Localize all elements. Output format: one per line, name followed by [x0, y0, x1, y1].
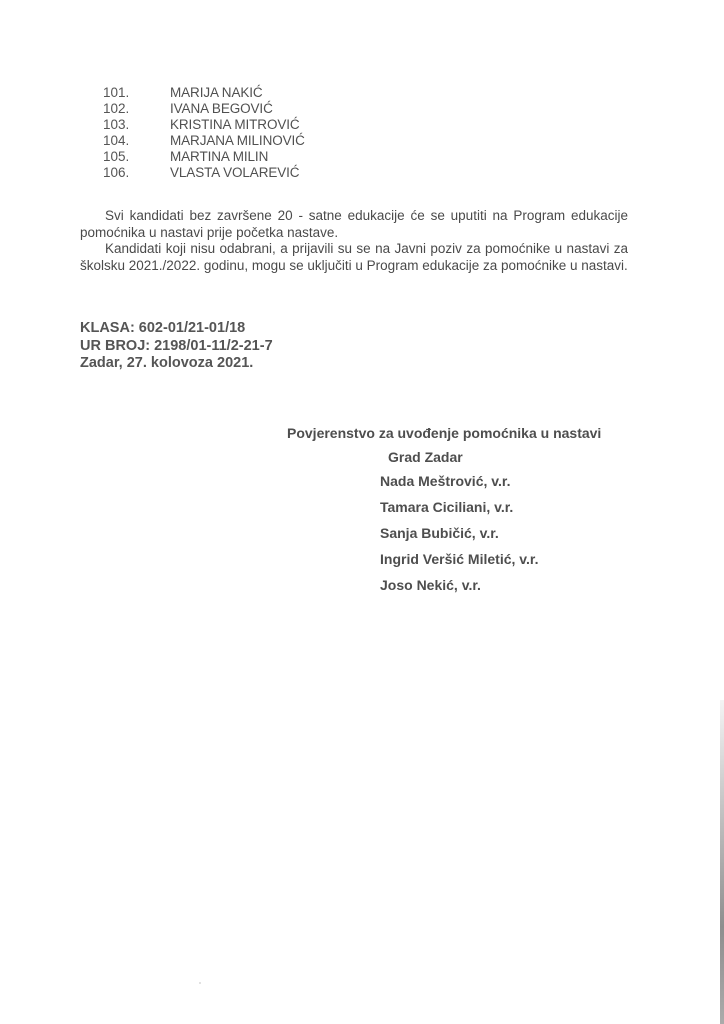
committee-name: Povjerenstvo za uvođenje pomoćnika u nas… [287, 424, 601, 448]
scan-edge-shadow [720, 700, 724, 1024]
body-text: Svi kandidati bez završene 20 - satne ed… [80, 208, 628, 274]
list-item: 103. KRISTINA MITROVIĆ [103, 117, 305, 133]
list-item-number: 106. [103, 165, 170, 181]
member-signature: Ingrid Veršić Miletić, v.r. [287, 550, 601, 576]
candidate-list: 101. MARIJA NAKIĆ 102. IVANA BEGOVIĆ 103… [103, 85, 305, 181]
member-signature: Tamara Ciciliani, v.r. [287, 498, 601, 524]
list-item: 104. MARJANA MILINOVIĆ [103, 133, 305, 149]
list-item-number: 105. [103, 149, 170, 165]
list-item-number: 102. [103, 101, 170, 117]
list-item-name: IVANA BEGOVIĆ [170, 101, 273, 117]
paragraph-not-selected-notice: Kandidati koji nisu odabrani, a prijavil… [80, 241, 628, 274]
member-signature: Nada Meštrović, v.r. [287, 472, 601, 498]
signature-block: Povjerenstvo za uvođenje pomoćnika u nas… [287, 424, 601, 602]
list-item-name: VLASTA VOLAREVIĆ [170, 165, 299, 181]
member-signature: Sanja Bubičić, v.r. [287, 524, 601, 550]
list-item-name: MARIJA NAKIĆ [170, 85, 263, 101]
list-item: 106. VLASTA VOLAREVIĆ [103, 165, 305, 181]
list-item-number: 103. [103, 117, 170, 133]
list-item-name: MARJANA MILINOVIĆ [170, 133, 305, 149]
reference-block: KLASA: 602-01/21-01/18 UR BROJ: 2198/01-… [80, 320, 273, 373]
list-item: 102. IVANA BEGOVIĆ [103, 101, 305, 117]
document-page: 101. MARIJA NAKIĆ 102. IVANA BEGOVIĆ 103… [0, 0, 724, 1024]
list-item-name: MARTINA MILIN [170, 149, 268, 165]
list-item-number: 101. [103, 85, 170, 101]
ur-broj-reference: UR BROJ: 2198/01-11/2-21-7 [80, 338, 273, 356]
list-item: 101. MARIJA NAKIĆ [103, 85, 305, 101]
list-item-number: 104. [103, 133, 170, 149]
place-date: Zadar, 27. kolovoza 2021. [80, 355, 273, 373]
scan-speck [199, 982, 201, 984]
member-signature: Joso Nekić, v.r. [287, 576, 601, 602]
list-item: 105. MARTINA MILIN [103, 149, 305, 165]
paragraph-education-notice: Svi kandidati bez završene 20 - satne ed… [80, 208, 628, 241]
klasa-reference: KLASA: 602-01/21-01/18 [80, 320, 273, 338]
list-item-name: KRISTINA MITROVIĆ [170, 117, 300, 133]
city-name: Grad Zadar [287, 448, 601, 472]
